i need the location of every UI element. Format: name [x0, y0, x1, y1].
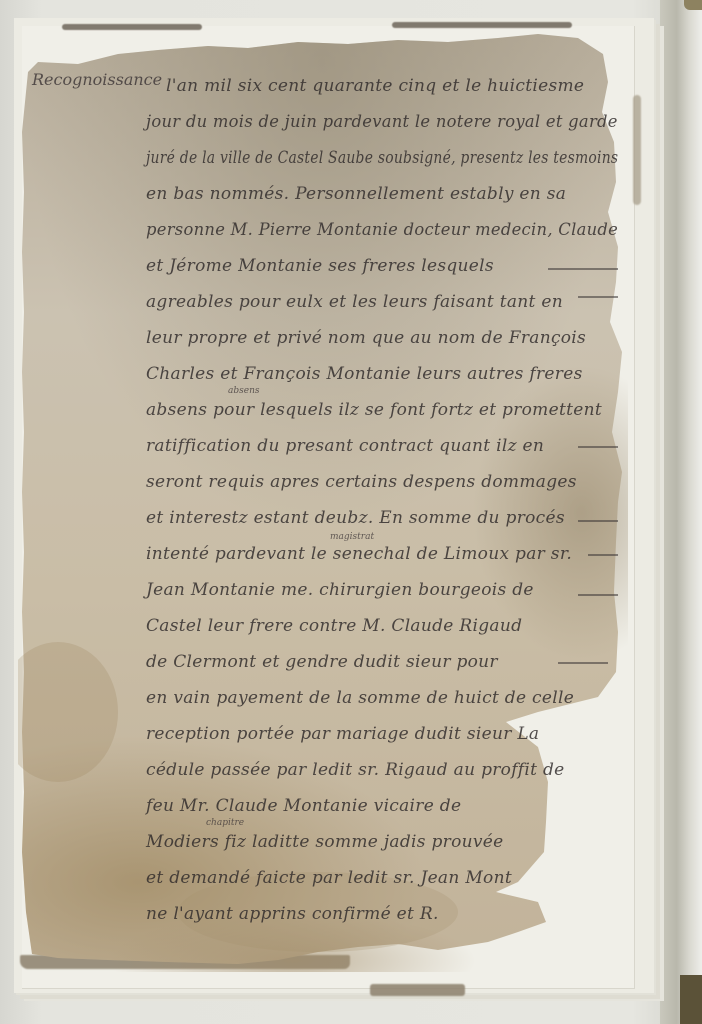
manuscript-line-9: Charles et François Montanie leurs autre… — [146, 364, 583, 384]
paper-fragment-top-left — [62, 24, 202, 30]
manuscript-line-7: agreables pour eulx et les leurs faisant… — [146, 292, 563, 312]
manuscript-line-11: ratiffication du presant contract quant … — [146, 436, 544, 456]
paper-fragment-side — [633, 95, 641, 205]
paper-fragment-bottom-right — [370, 984, 465, 996]
manuscript-line-5: personne M. Pierre Montanie docteur mede… — [146, 220, 618, 240]
paper-fragment-top-right — [392, 22, 572, 28]
binder-edge — [660, 0, 702, 1024]
binder-clip-top — [684, 0, 702, 10]
interlinear-note: magistrat — [330, 532, 374, 542]
line-filler-rule — [588, 554, 618, 556]
manuscript-line-16: Castel leur frere contre M. Claude Rigau… — [146, 616, 522, 636]
interlinear-note: absens — [228, 386, 260, 396]
line-filler-rule — [548, 268, 618, 270]
manuscript-line-20: cédule passée par ledit sr. Rigaud au pr… — [146, 760, 565, 780]
manuscript-line-3: juré de la ville de Castel Saube soubsig… — [146, 148, 618, 168]
manuscript-line-4: en bas nommés. Personnellement estably e… — [146, 184, 566, 204]
manuscript-line-10: absens pour lesquels ilz se font fortz e… — [146, 400, 602, 420]
manuscript-page: Recognoissance l'an mil six cent quarant… — [18, 32, 628, 972]
manuscript-line-8: leur propre et privé nom que au nom de F… — [146, 328, 586, 348]
manuscript-line-18: en vain payement de la somme de huict de… — [146, 688, 574, 708]
manuscript-line-22: Modiers fiz laditte somme jadis prouvée — [146, 832, 504, 852]
manuscript-line-15: Jean Montanie me. chirurgien bourgeois d… — [146, 580, 534, 600]
binder-clip-bottom — [680, 975, 702, 1024]
line-filler-rule — [558, 662, 608, 664]
manuscript-line-12: seront requis apres certains despens dom… — [146, 472, 577, 492]
torn-paper-shape — [18, 32, 628, 972]
line-filler-rule — [578, 520, 618, 522]
manuscript-line-6: et Jérome Montanie ses freres lesquels — [146, 256, 494, 276]
marginal-note: Recognoissance — [32, 70, 162, 89]
interlinear-note: chapitre — [206, 818, 244, 828]
line-filler-rule — [578, 594, 618, 596]
manuscript-line-14: intenté pardevant le senechal de Limoux … — [146, 544, 572, 564]
line-filler-rule — [578, 296, 618, 298]
manuscript-line-17: de Clermont et gendre dudit sieur pour — [146, 652, 498, 672]
manuscript-line-24: ne l'ayant apprins confirmé et R. — [146, 904, 439, 924]
line-filler-rule — [578, 446, 618, 448]
manuscript-line-19: reception portée par mariage dudit sieur… — [146, 724, 539, 744]
manuscript-line-23: et demandé faicte par ledit sr. Jean Mon… — [146, 868, 512, 888]
manuscript-line-13: et interestz estant deubz. En somme du p… — [146, 508, 565, 528]
manuscript-line-1: l'an mil six cent quarante cinq et le hu… — [166, 76, 584, 96]
manuscript-line-2: jour du mois de juin pardevant le notere… — [146, 112, 618, 132]
manuscript-line-21: feu Mr. Claude Montanie vicaire de — [146, 796, 461, 816]
